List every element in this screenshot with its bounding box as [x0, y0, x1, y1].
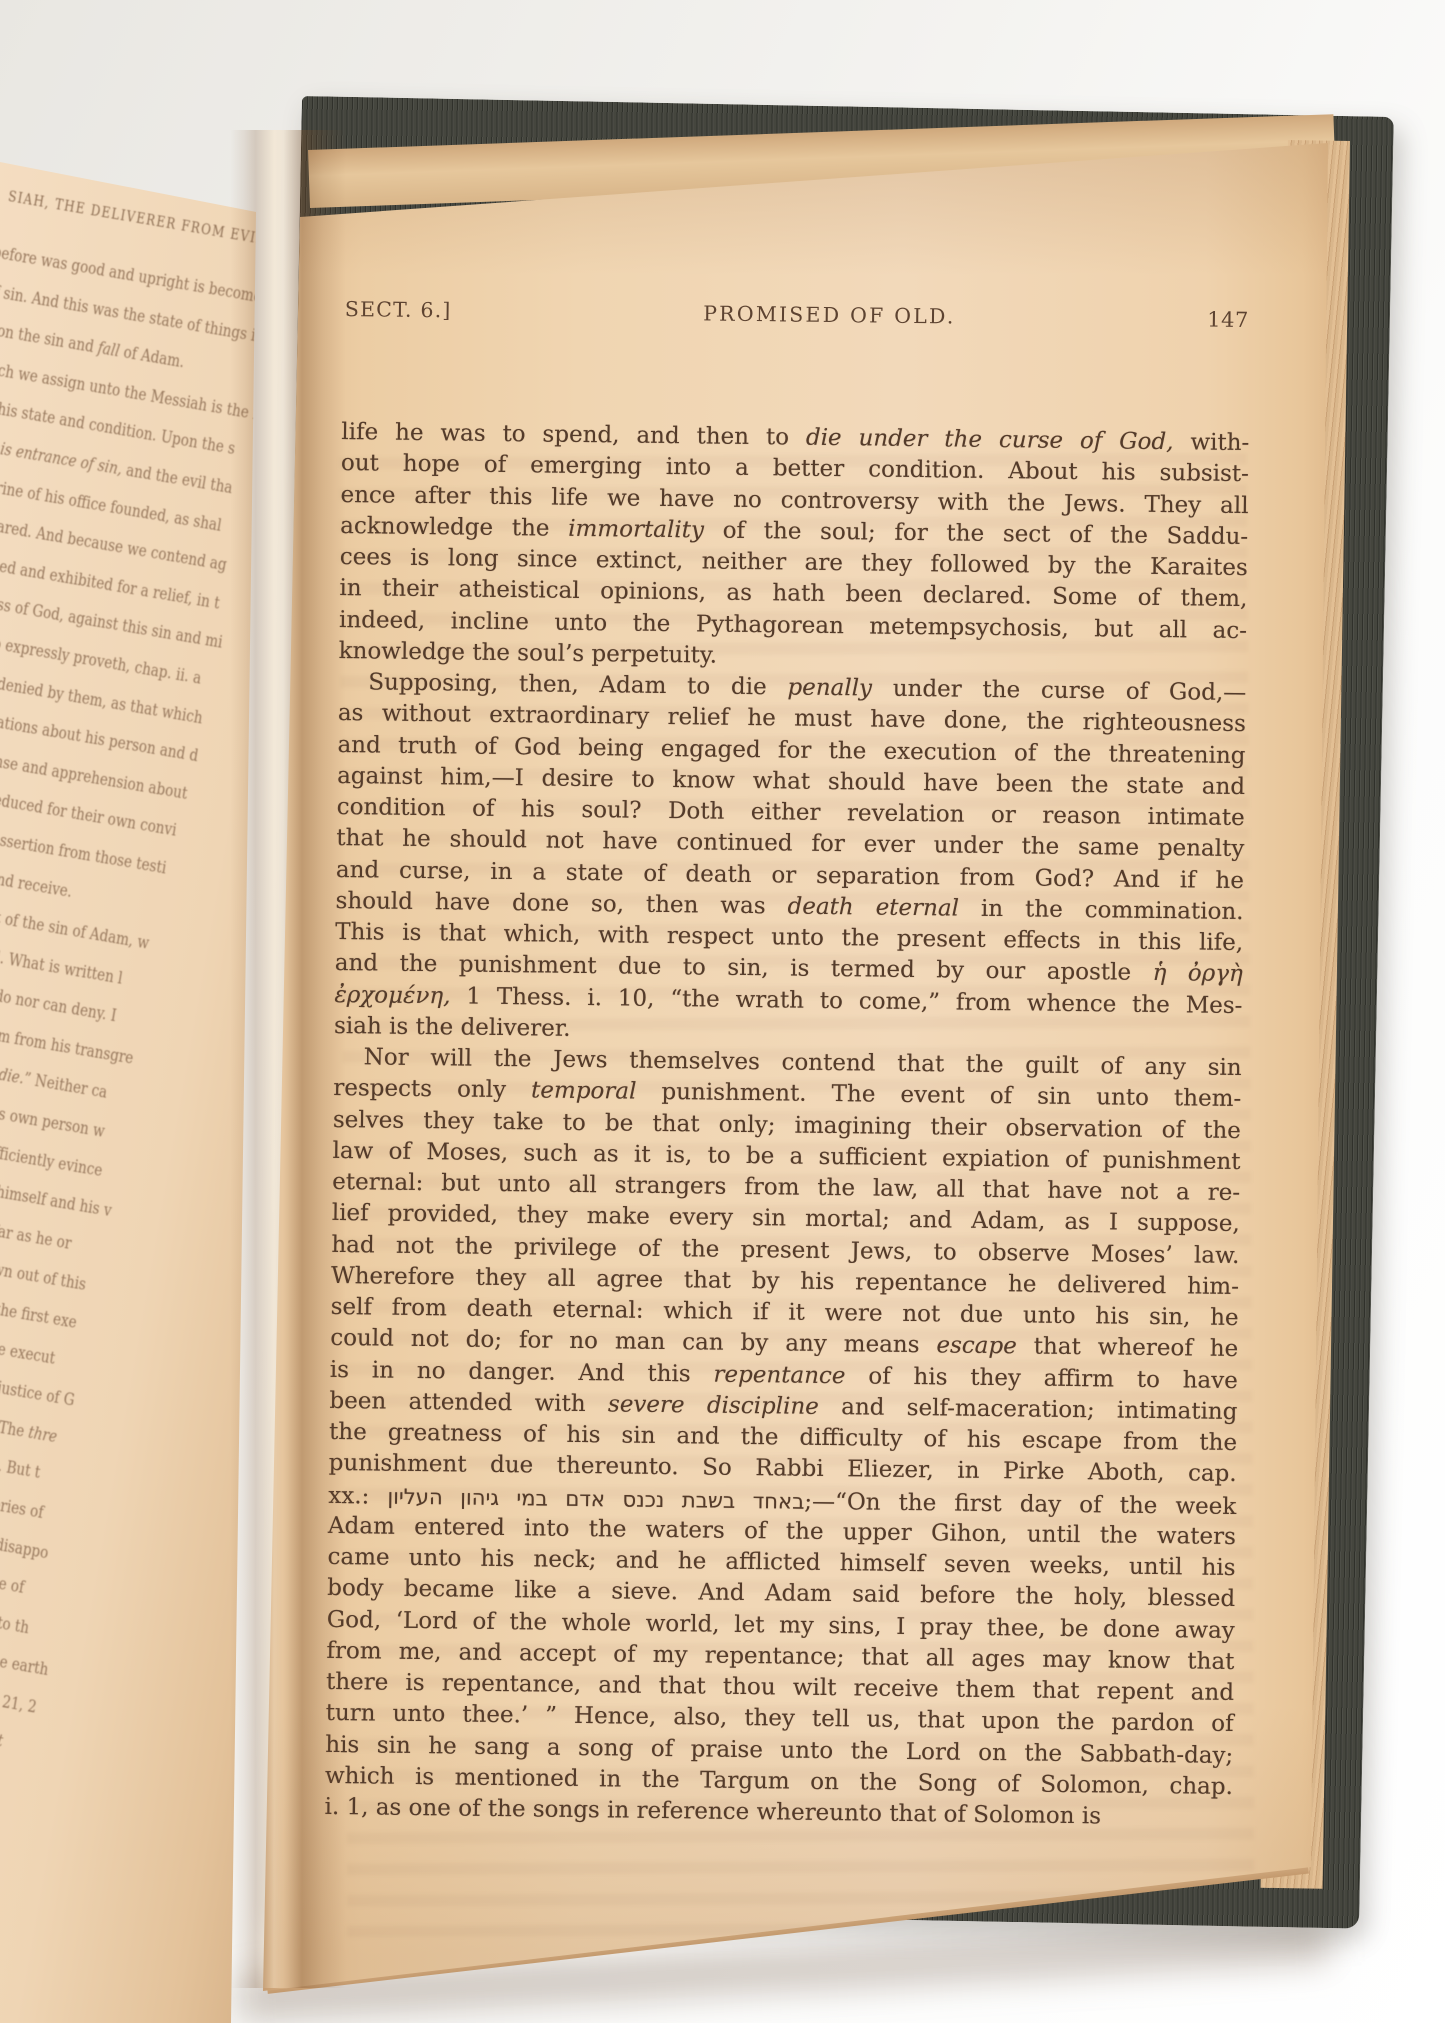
running-title: PROMISED OF OLD. — [703, 301, 956, 328]
right-page: SECT. 6.] PROMISED OF OLD. 147 life he w… — [255, 125, 1335, 2000]
right-page-text: SECT. 6.] PROMISED OF OLD. 147 life he w… — [324, 297, 1251, 1834]
right-page-lines: life he was to spend, and then to die un… — [324, 417, 1249, 1834]
book-photo: SECT. 6.] PROMISED OF OLD. 147 life he w… — [0, 0, 1445, 2023]
page-header: SECT. 6.] PROMISED OF OLD. 147 — [343, 297, 1251, 332]
left-page: SIAH, THE DELIVERER FROM EVIL, [ before … — [0, 128, 300, 2023]
section-label: SECT. 6.] — [345, 297, 452, 322]
page-number: 147 — [1207, 308, 1249, 333]
